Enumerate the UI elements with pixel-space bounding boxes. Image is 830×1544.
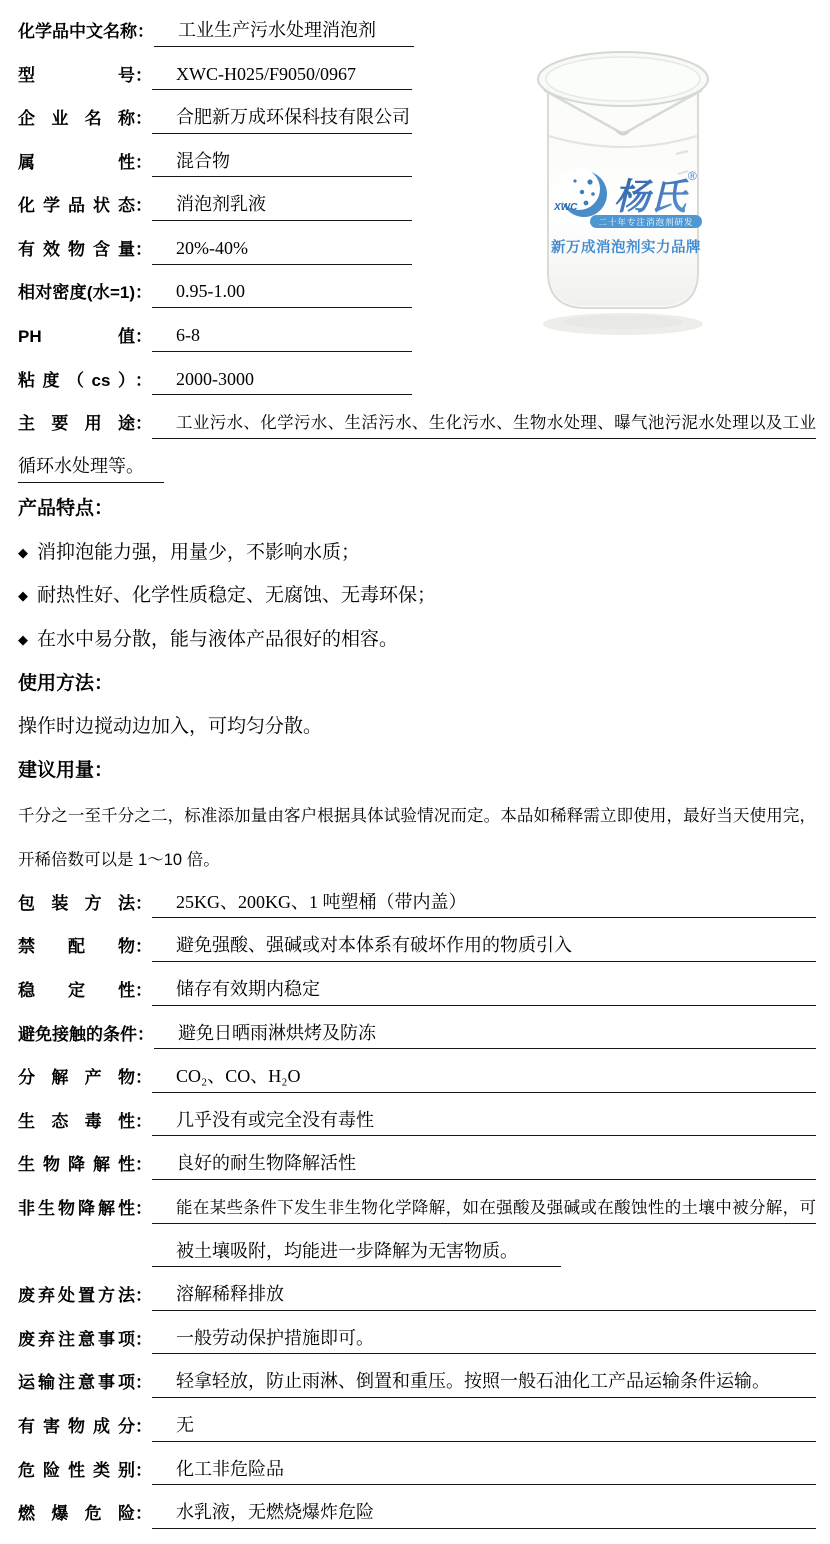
field-value: 良好的耐生物降解活性 xyxy=(152,1153,816,1180)
field-label: 燃爆危险 xyxy=(18,1505,135,1524)
field-label: 有害物成分 xyxy=(18,1418,135,1437)
field-value: 25KG、200KG、1 吨塑桶（带内盖） xyxy=(152,892,816,919)
section-heading: 使用方法： xyxy=(18,674,113,695)
field-value: 轻拿轻放，防止雨淋、倒置和重压。按照一般石油化工产品运输条件运输。 xyxy=(152,1371,816,1398)
label-colon: ： xyxy=(135,1069,152,1088)
feature-text: 耐热性好、化学性质稳定、无腐蚀、无毒环保； xyxy=(37,586,436,607)
field-label: 废弃注意事项 xyxy=(18,1331,135,1350)
label-colon: ： xyxy=(135,67,152,86)
field-label: 分解产物 xyxy=(18,1069,135,1088)
beaker-illustration: XWC 杨氏 ® 二十年专注消泡剂研发 新万成消泡剂实力品牌 xyxy=(498,34,778,346)
field-value: 20%-40% xyxy=(152,238,412,265)
field-label: 生物降解性 xyxy=(18,1156,135,1175)
field-value: 化工非危险品 xyxy=(152,1459,816,1486)
field-biodegradability: 生物降解性： 良好的耐生物降解活性 xyxy=(18,1136,816,1180)
field-label: 稳定性 xyxy=(18,982,135,1001)
field-value: 合肥新万成环保科技有限公司 xyxy=(152,107,412,134)
field-label: 粘度（cs） xyxy=(18,372,135,391)
label-colon: ： xyxy=(135,241,152,260)
label-colon: ： xyxy=(135,1462,152,1481)
field-packing-method: 包装方法： 25KG、200KG、1 吨塑桶（带内盖） xyxy=(18,875,816,919)
diamond-bullet-icon: ◆ xyxy=(18,545,28,561)
field-non-biodegradability: 非生物降解性： 能在某些条件下发生非生物化学降解，如在强酸及强碱或在酸蚀性的土壤… xyxy=(18,1180,816,1224)
field-viscosity: 粘度（cs）： 2000-3000 xyxy=(18,352,816,396)
label-colon: ： xyxy=(135,415,152,434)
registered-mark: ® xyxy=(688,169,697,183)
dosage-text-row-2: 开稀倍数可以是 1～10 倍。 xyxy=(18,831,816,875)
field-waste-precautions: 废弃注意事项： 一般劳动保护措施即可。 xyxy=(18,1311,816,1355)
field-value: 一般劳动保护措施即可。 xyxy=(152,1328,816,1355)
label-colon: ： xyxy=(135,1156,152,1175)
usage-text: 操作时边搅动边加入，可均匀分散。 xyxy=(18,717,322,738)
field-decomposition-products: 分解产物： CO₂、CO、H₂O xyxy=(18,1049,816,1093)
field-value: 6-8 xyxy=(152,325,412,352)
section-heading: 建议用量： xyxy=(18,761,113,782)
ribbon-text: 二十年专注消泡剂研发 xyxy=(598,217,693,227)
label-colon: ： xyxy=(135,284,152,303)
field-value: 溶解稀释排放 xyxy=(152,1284,816,1311)
field-main-use: 主要用途： 工业污水、化学污水、生活污水、生化污水、生物水处理、曝气池污泥水处理… xyxy=(18,395,816,439)
label-colon: ： xyxy=(137,23,154,42)
diamond-bullet-icon: ◆ xyxy=(18,632,28,648)
field-label: 相对密度(水=1) xyxy=(18,284,135,303)
label-colon: ： xyxy=(135,1418,152,1437)
field-value-line2: 被土壤吸附，均能进一步降解为无害物质。 xyxy=(152,1241,561,1268)
field-conditions-to-avoid: 避免接触的条件： 避免日晒雨淋烘烤及防冻 xyxy=(18,1006,816,1050)
label-colon: ： xyxy=(135,938,152,957)
field-non-biodegradability-continued: 被土壤吸附，均能进一步降解为无害物质。 xyxy=(18,1224,816,1268)
field-forbidden-substances: 禁配物： 避免强酸、强碱或对本体系有破坏作用的物质引入 xyxy=(18,918,816,962)
field-label: 避免接触的条件 xyxy=(18,1026,137,1045)
dosage-heading-row: 建议用量： xyxy=(18,744,816,788)
field-transport-precautions: 运输注意事项： 轻拿轻放，防止雨淋、倒置和重压。按照一般石油化工产品运输条件运输… xyxy=(18,1354,816,1398)
feature-item: ◆ 耐热性好、化学性质稳定、无腐蚀、无毒环保； xyxy=(18,570,816,614)
feature-item: ◆ 消抑泡能力强，用量少，不影响水质； xyxy=(18,526,816,570)
slogan-text: 新万成消泡剂实力品牌 xyxy=(551,238,701,256)
label-colon: ： xyxy=(135,328,152,347)
field-stability: 稳定性： 储存有效期内稳定 xyxy=(18,962,816,1006)
label-colon: ： xyxy=(135,1200,152,1219)
field-main-use-continued: 循环水处理等。 xyxy=(18,439,816,483)
field-value: 混合物 xyxy=(152,151,412,178)
label-colon: ： xyxy=(135,895,152,914)
field-value: 2000-3000 xyxy=(152,369,412,396)
dosage-text-row-1: 千分之一至千分之二，标准添加量由客户根据具体试验情况而定。本品如稀释需立即使用，… xyxy=(18,788,816,832)
field-label: 企业名称 xyxy=(18,110,135,129)
field-value: 几乎没有或完全没有毒性 xyxy=(152,1110,816,1137)
features-heading-row: 产品特点： xyxy=(18,483,816,527)
dosage-text: 千分之一至千分之二，标准添加量由客户根据具体试验情况而定。本品如稀释需立即使用，… xyxy=(18,807,816,825)
section-heading: 产品特点： xyxy=(18,499,113,520)
field-label: 化学品状态 xyxy=(18,197,135,216)
field-label: 运输注意事项 xyxy=(18,1374,135,1393)
field-fire-explosion-hazard: 燃爆危险： 水乳液，无燃烧爆炸危险 xyxy=(18,1485,816,1529)
field-value: 避免强酸、强碱或对本体系有破坏作用的物质引入 xyxy=(152,935,816,962)
label-colon: ： xyxy=(135,1331,152,1350)
ribbon-banner: 二十年专注消泡剂研发 xyxy=(590,215,702,228)
field-label: 废弃处置方法 xyxy=(18,1287,135,1306)
field-label: 危险性类别 xyxy=(18,1462,135,1481)
field-value: 水乳液，无燃烧爆炸危险 xyxy=(152,1502,816,1529)
feature-text: 在水中易分散，能与液体产品很好的相容。 xyxy=(37,630,398,651)
label-colon: ： xyxy=(135,110,152,129)
brand-abbr-text: XWC xyxy=(553,202,578,213)
label-colon: ： xyxy=(135,1287,152,1306)
field-value-line1: 能在某些条件下发生非生物化学降解，如在强酸及强碱或在酸蚀性的土壤中被分解，可 xyxy=(152,1199,816,1224)
label-colon: ： xyxy=(135,1113,152,1132)
label-colon: ： xyxy=(135,982,152,1001)
label-colon: ： xyxy=(135,154,152,173)
field-value: 消泡剂乳液 xyxy=(152,194,412,221)
usage-text-row: 操作时边搅动边加入，可均匀分散。 xyxy=(18,701,816,745)
usage-heading-row: 使用方法： xyxy=(18,657,816,701)
label-colon: ： xyxy=(137,1026,154,1045)
field-label: PH 值 xyxy=(18,328,135,347)
field-value: 无 xyxy=(152,1415,816,1442)
field-label: 化学品中文名称 xyxy=(18,23,137,42)
field-label: 禁配物 xyxy=(18,938,135,957)
diamond-bullet-icon: ◆ xyxy=(18,588,28,604)
field-value: CO₂、CO、H₂O xyxy=(152,1066,816,1093)
feature-text: 消抑泡能力强，用量少，不影响水质； xyxy=(37,543,360,564)
field-eco-toxicity: 生态毒性： 几乎没有或完全没有毒性 xyxy=(18,1093,816,1137)
field-label: 包装方法 xyxy=(18,895,135,914)
field-value: 避免日晒雨淋烘烤及防冻 xyxy=(154,1023,816,1050)
label-colon: ： xyxy=(135,1374,152,1393)
field-value: 工业生产污水处理消泡剂 xyxy=(154,20,414,47)
dosage-text: 开稀倍数可以是 1～10 倍。 xyxy=(18,851,220,869)
brand-name-text: 杨氏 xyxy=(614,177,689,217)
field-hazard-category: 危险性类别： 化工非危险品 xyxy=(18,1442,816,1486)
label-colon: ： xyxy=(135,372,152,391)
field-label: 有效物含量 xyxy=(18,241,135,260)
field-label: 主要用途 xyxy=(18,415,135,434)
label-colon: ： xyxy=(135,1505,152,1524)
beaker-shadow xyxy=(563,315,683,329)
field-harmful-components: 有害物成分： 无 xyxy=(18,1398,816,1442)
field-label: 属性 xyxy=(18,154,135,173)
field-label: 生态毒性 xyxy=(18,1113,135,1132)
beaker-rim-inner xyxy=(546,57,700,101)
product-beaker-image: XWC 杨氏 ® 二十年专注消泡剂研发 新万成消泡剂实力品牌 xyxy=(498,34,778,346)
field-waste-disposal-method: 废弃处置方法： 溶解稀释排放 xyxy=(18,1267,816,1311)
field-value: XWC-H025/F9050/0967 xyxy=(152,64,412,91)
field-value: 储存有效期内稳定 xyxy=(152,979,816,1006)
field-label: 型号 xyxy=(18,67,135,86)
field-value-line1: 工业污水、化学污水、生活污水、生化污水、生物水处理、曝气池污泥水处理以及工业 xyxy=(152,414,816,439)
feature-item: ◆ 在水中易分散，能与液体产品很好的相容。 xyxy=(18,613,816,657)
field-value: 0.95-1.00 xyxy=(152,281,412,308)
label-colon: ： xyxy=(135,197,152,216)
field-label: 非生物降解性 xyxy=(18,1200,135,1219)
field-value-line2: 循环水处理等。 xyxy=(18,456,164,483)
